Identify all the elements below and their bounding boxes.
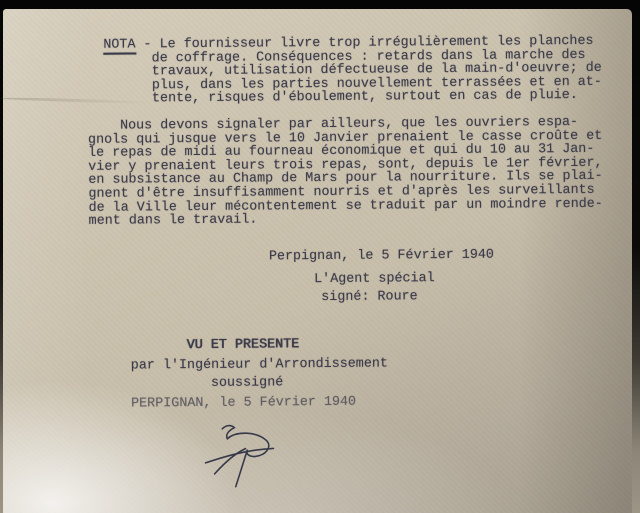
- text-line: tente, risques d'éboulement, surtout en …: [88, 89, 602, 107]
- handwritten-signature-icon: [198, 418, 304, 497]
- photo-of-document: NOTA - Le fournisseur livre trop irrégul…: [0, 0, 640, 513]
- nota-paragraph: NOTA - Le fournisseur livre trop irrégul…: [87, 35, 602, 107]
- presented-by-line: par l'Ingénieur d'Arrondissement: [131, 357, 388, 373]
- soussigne-label: soussigné: [211, 376, 283, 390]
- agent-special-title: L'Agent spécial: [314, 272, 435, 287]
- typed-text-layer: NOTA - Le fournisseur livre trop irrégul…: [1, 7, 634, 513]
- nota-underline: [103, 52, 136, 54]
- text-line: ment dans le travail.: [89, 211, 603, 229]
- signed-by-line: signé: Roure: [321, 290, 418, 304]
- vu-et-presente-heading: VU ET PRESENTE: [187, 338, 300, 352]
- validation-place-date: PERPIGNAN, le 5 Février 1940: [131, 396, 356, 411]
- closing-place-date: Perpignan, le 5 Février 1940: [269, 249, 494, 264]
- main-paragraph: Nous devons signaler par ailleurs, que l…: [88, 116, 603, 229]
- paper-page: NOTA - Le fournisseur livre trop irrégul…: [3, 9, 632, 513]
